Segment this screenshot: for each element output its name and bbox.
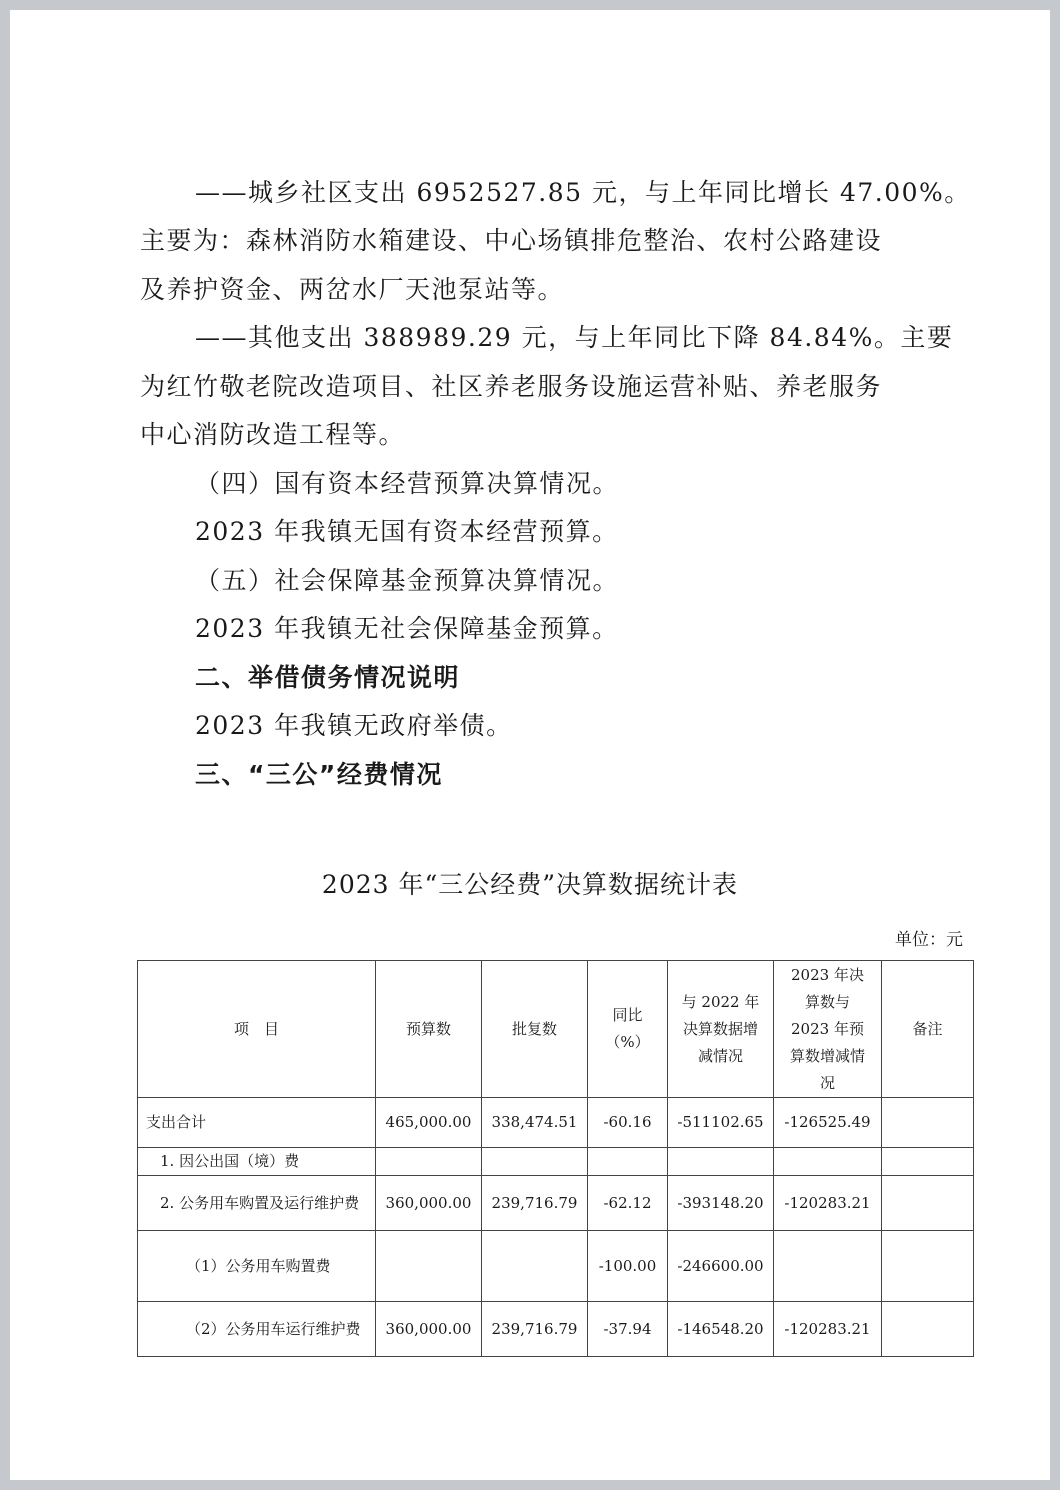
cell-vs-budget [774,1231,882,1302]
cell-yoy: -60.16 [588,1098,668,1148]
table-row: 支出合计 465,000.00 338,474.51 -60.16 -51110… [138,1098,974,1148]
cell-item: 支出合计 [138,1098,376,1148]
cell-item: （1）公务用车购置费 [138,1231,376,1302]
header-budget: 预算数 [376,961,482,1098]
cell-note [882,1231,974,1302]
heading-three-public: 三、“三公”经费情况 [195,760,443,790]
cell-vs-budget [774,1148,882,1176]
paragraph-line: 2023 年我镇无政府举债。 [195,711,513,741]
table-row: 2. 公务用车购置及运行维护费 360,000.00 239,716.79 -6… [138,1176,974,1231]
cell-approved: 338,474.51 [482,1098,588,1148]
cell-item: 1. 因公出国（境）费 [138,1148,376,1176]
three-public-expenses-table: 项 目 预算数 批复数 同比（%） 与 2022 年决算数据增减情况 2023 … [137,960,974,1357]
paragraph-line: ——城乡社区支出 6952527.85 元，与上年同比增长 47.00%。 [195,178,971,208]
cell-budget: 360,000.00 [376,1302,482,1357]
heading-debt: 二、举借债务情况说明 [195,663,460,693]
header-yoy: 同比（%） [588,961,668,1098]
table-row: （1）公务用车购置费 -100.00 -246600.00 [138,1231,974,1302]
table-row: 1. 因公出国（境）费 [138,1148,974,1176]
header-vs-budget: 2023 年决算数与2023 年预算数增减情况 [774,961,882,1098]
cell-vs2022 [668,1148,774,1176]
cell-yoy: -37.94 [588,1302,668,1357]
document-page: ——城乡社区支出 6952527.85 元，与上年同比增长 47.00%。 主要… [10,10,1050,1480]
cell-approved [482,1231,588,1302]
cell-approved [482,1148,588,1176]
cell-budget: 465,000.00 [376,1098,482,1148]
cell-note [882,1148,974,1176]
cell-yoy [588,1148,668,1176]
section-heading-5: （五）社会保障基金预算决算情况。 [195,566,619,596]
header-approved: 批复数 [482,961,588,1098]
cell-vs-budget: -120283.21 [774,1176,882,1231]
section-heading-4: （四）国有资本经营预算决算情况。 [195,469,619,499]
table-title: 2023 年“三公经费”决算数据统计表 [10,868,1050,902]
unit-label: 单位：元 [895,928,963,952]
paragraph-line: 中心消防改造工程等。 [140,420,405,450]
header-item: 项 目 [138,961,376,1098]
cell-budget [376,1148,482,1176]
paragraph-line: 2023 年我镇无社会保障基金预算。 [195,614,619,644]
cell-budget [376,1231,482,1302]
header-note: 备注 [882,961,974,1098]
cell-vs2022: -393148.20 [668,1176,774,1231]
cell-approved: 239,716.79 [482,1176,588,1231]
cell-yoy: -62.12 [588,1176,668,1231]
cell-item: （2）公务用车运行维护费 [138,1302,376,1357]
paragraph-line: 2023 年我镇无国有资本经营预算。 [195,517,619,547]
paragraph-line: 为红竹敬老院改造项目、社区养老服务设施运营补贴、养老服务 [140,372,882,402]
paragraph-line: 及养护资金、两岔水厂天池泵站等。 [140,275,564,305]
header-vs2022: 与 2022 年决算数据增减情况 [668,961,774,1098]
cell-yoy: -100.00 [588,1231,668,1302]
cell-approved: 239,716.79 [482,1302,588,1357]
cell-vs2022: -246600.00 [668,1231,774,1302]
cell-vs-budget: -120283.21 [774,1302,882,1357]
table-row: （2）公务用车运行维护费 360,000.00 239,716.79 -37.9… [138,1302,974,1357]
cell-vs2022: -146548.20 [668,1302,774,1357]
cell-vs2022: -511102.65 [668,1098,774,1148]
cell-vs-budget: -126525.49 [774,1098,882,1148]
cell-note [882,1302,974,1357]
paragraph-line: 主要为：森林消防水箱建设、中心场镇排危整治、农村公路建设 [140,226,882,256]
cell-note [882,1098,974,1148]
cell-budget: 360,000.00 [376,1176,482,1231]
paragraph-line: ——其他支出 388989.29 元，与上年同比下降 84.84%。主要 [195,323,953,353]
cell-note [882,1176,974,1231]
cell-item: 2. 公务用车购置及运行维护费 [138,1176,376,1231]
table-header-row: 项 目 预算数 批复数 同比（%） 与 2022 年决算数据增减情况 2023 … [138,961,974,1098]
